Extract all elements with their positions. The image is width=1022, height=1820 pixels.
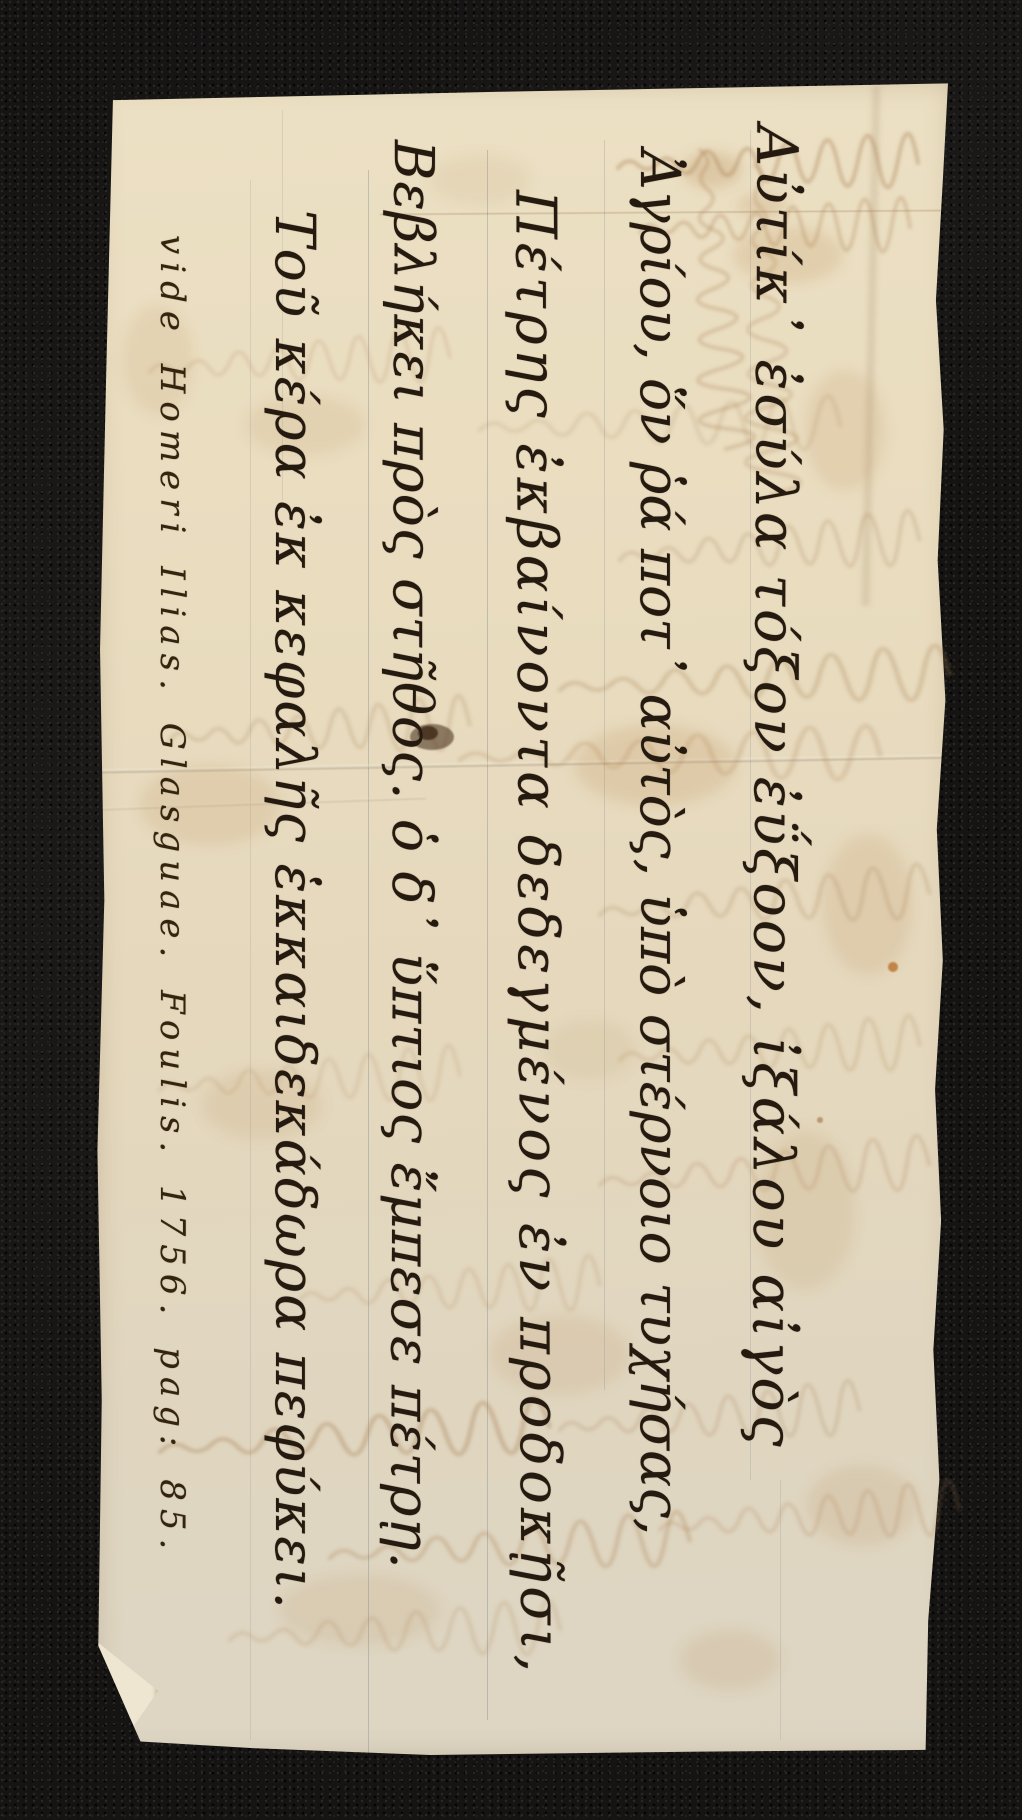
- greek-line-1: Αὐτίκ᾽ ἐσύλα τόξον ἐΰξοον, ἰξάλου αἰγὸς: [740, 125, 807, 1450]
- greek-verse-block: Αὐτίκ᾽ ἐσύλα τόξον ἐΰξοον, ἰξάλου αἰγὸς …: [120, 105, 840, 1805]
- fold-crease: [859, 86, 884, 606]
- greek-line-4: Βεβλήκει πρὸς στῆθος. ὁ δ᾽ ὕπτιος ἔμπεσε…: [380, 140, 444, 1570]
- greek-line-5: Τοῦ κέρα ἐκ κεφαλῆς ἑκκαιδεκάδωρα πεφύκε…: [265, 210, 326, 1611]
- photograph-stage: Αὐτίκ᾽ ἐσύλα τόξον ἐΰξοον, ἰξάλου αἰγὸς …: [0, 0, 1022, 1820]
- greek-line-2: Ἀγρίου, ὅν ῥά ποτ᾽ αὐτὸς, ὑπὸ στέρνοιο τ…: [630, 150, 691, 1535]
- citation-line: vide Homeri Ilias. Glasguae. Foulis. 175…: [153, 235, 190, 1557]
- greek-line-3: Πέτρης ἐκβαίνοντα δεδεγμένος ἐν προδοκῇσ…: [504, 190, 571, 1676]
